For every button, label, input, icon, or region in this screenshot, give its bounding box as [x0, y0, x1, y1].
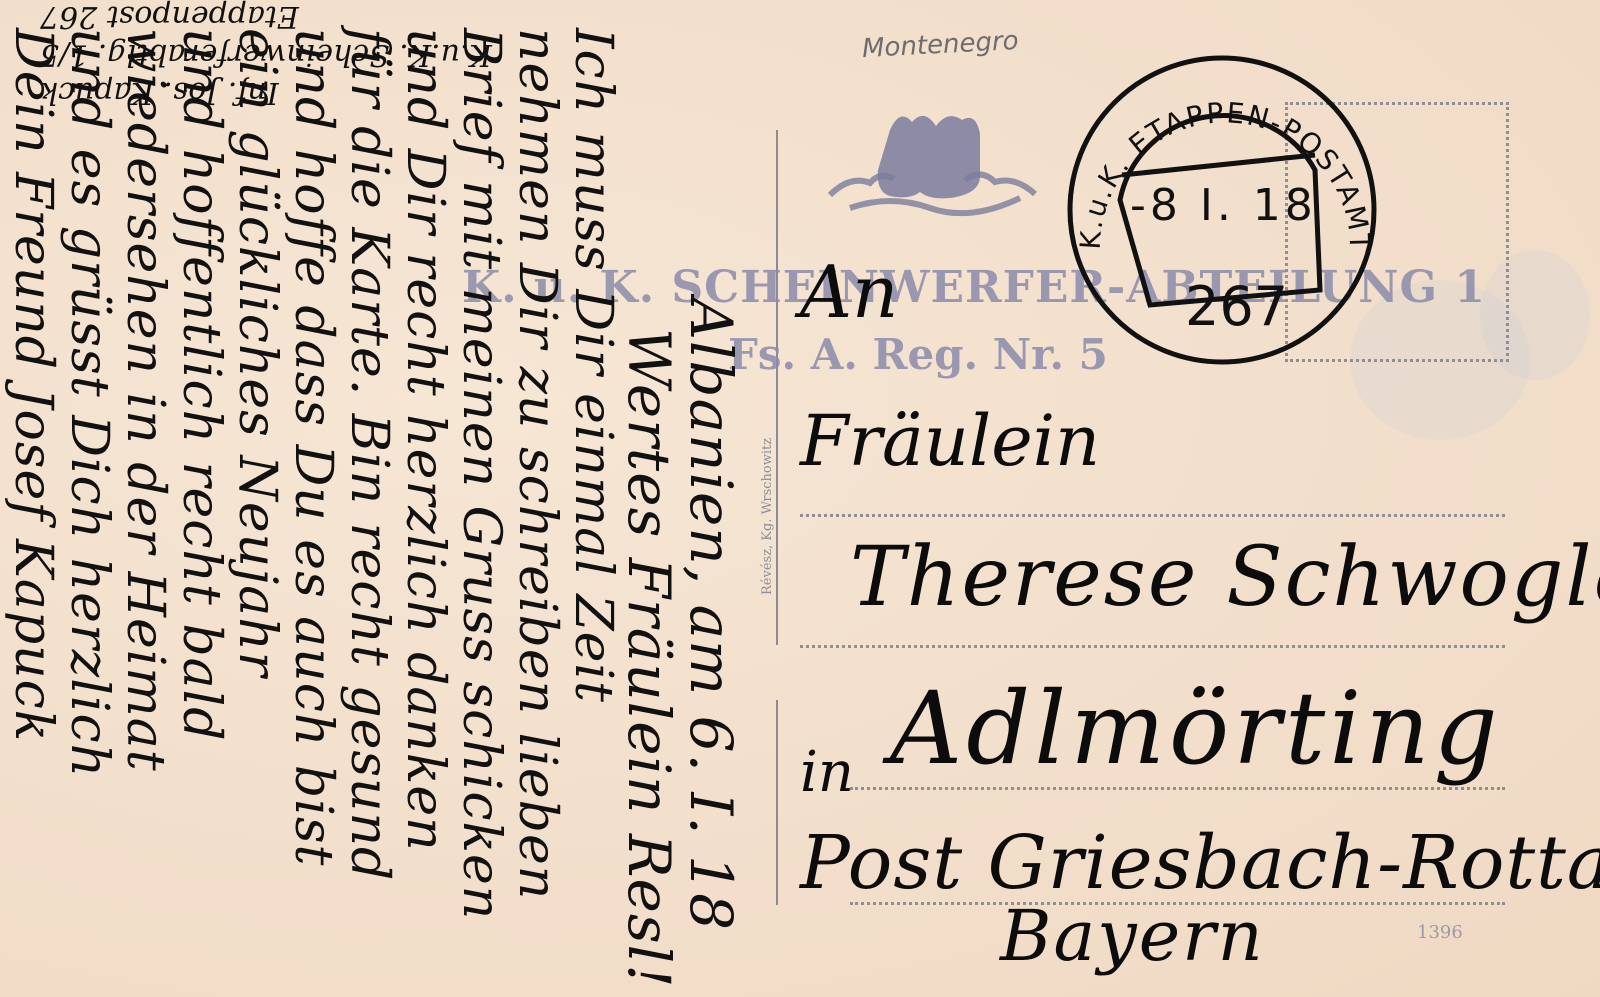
- message-line: und Dir recht herzlich danken: [395, 28, 455, 852]
- address-name: Therese Schwogler: [850, 530, 1600, 625]
- card-number: 1396: [1417, 922, 1463, 943]
- sender-line: K.u.K. Scheinwerferabtlg. 1/5: [40, 37, 492, 72]
- center-divider: [776, 700, 778, 905]
- center-divider: [776, 130, 778, 645]
- postmark-office-number: 267: [1185, 275, 1288, 338]
- address-salutation: An: [800, 250, 898, 334]
- address-post-office: Post Griesbach-Rottal: [800, 820, 1600, 906]
- sender-line: Etappenpost 267: [40, 0, 299, 34]
- address-preposition: in: [800, 740, 854, 805]
- message-line: nehmen Dir zu schreiben lieben: [507, 28, 567, 900]
- address-title: Fräulein: [800, 400, 1100, 482]
- postmark-date: -8 I. 18: [1130, 180, 1317, 231]
- message-line: und es grüsst Dich herzlich: [59, 28, 119, 778]
- unit-stamp-line2: Fs. A. Reg. Nr. 5: [728, 330, 1108, 379]
- sender-line: Inf. Jos. Kapuck: [40, 75, 279, 110]
- address-region: Bayern: [1000, 895, 1265, 977]
- message-line: Brief mit meinen Gruss schicken: [451, 28, 511, 920]
- address-line: [800, 645, 1505, 648]
- message-line: wiedersehen in der Heimat: [115, 28, 175, 772]
- address-line: [800, 514, 1505, 517]
- address-line: [850, 787, 1505, 790]
- printer-imprint: Révész, Kg. Wrschowitz: [760, 438, 775, 595]
- postcard: Révész, Kg. Wrschowitz Montenegro K. u. …: [0, 0, 1600, 997]
- message-line: und hoffe dass Du es auch bist: [283, 28, 343, 866]
- pencil-note: Montenegro: [861, 26, 1019, 64]
- message-greeting: Wertes Fräulein Resl!: [615, 328, 683, 989]
- message-line: für die Karte. Bin recht gesund: [339, 28, 399, 881]
- message-line: Ich muss Dir einmal Zeit: [563, 28, 623, 703]
- message-line: und hoffentlich recht bald: [171, 28, 231, 742]
- address-town: Adlmörting: [890, 670, 1502, 787]
- message-line: ein glückliches Neujahr: [227, 28, 287, 678]
- sender-block: Inf. Jos. Kapuck K.u.K. Scheinwerferabtl…: [40, 0, 560, 110]
- message-block: Albanien, am 6. I. 18 Wertes Fräulein Re…: [5, 8, 745, 988]
- message-dateline: Albanien, am 6. I. 18: [677, 298, 745, 931]
- crest-icon: [820, 100, 1060, 230]
- message-line: Dein Freund Josef Kapuck: [3, 28, 63, 742]
